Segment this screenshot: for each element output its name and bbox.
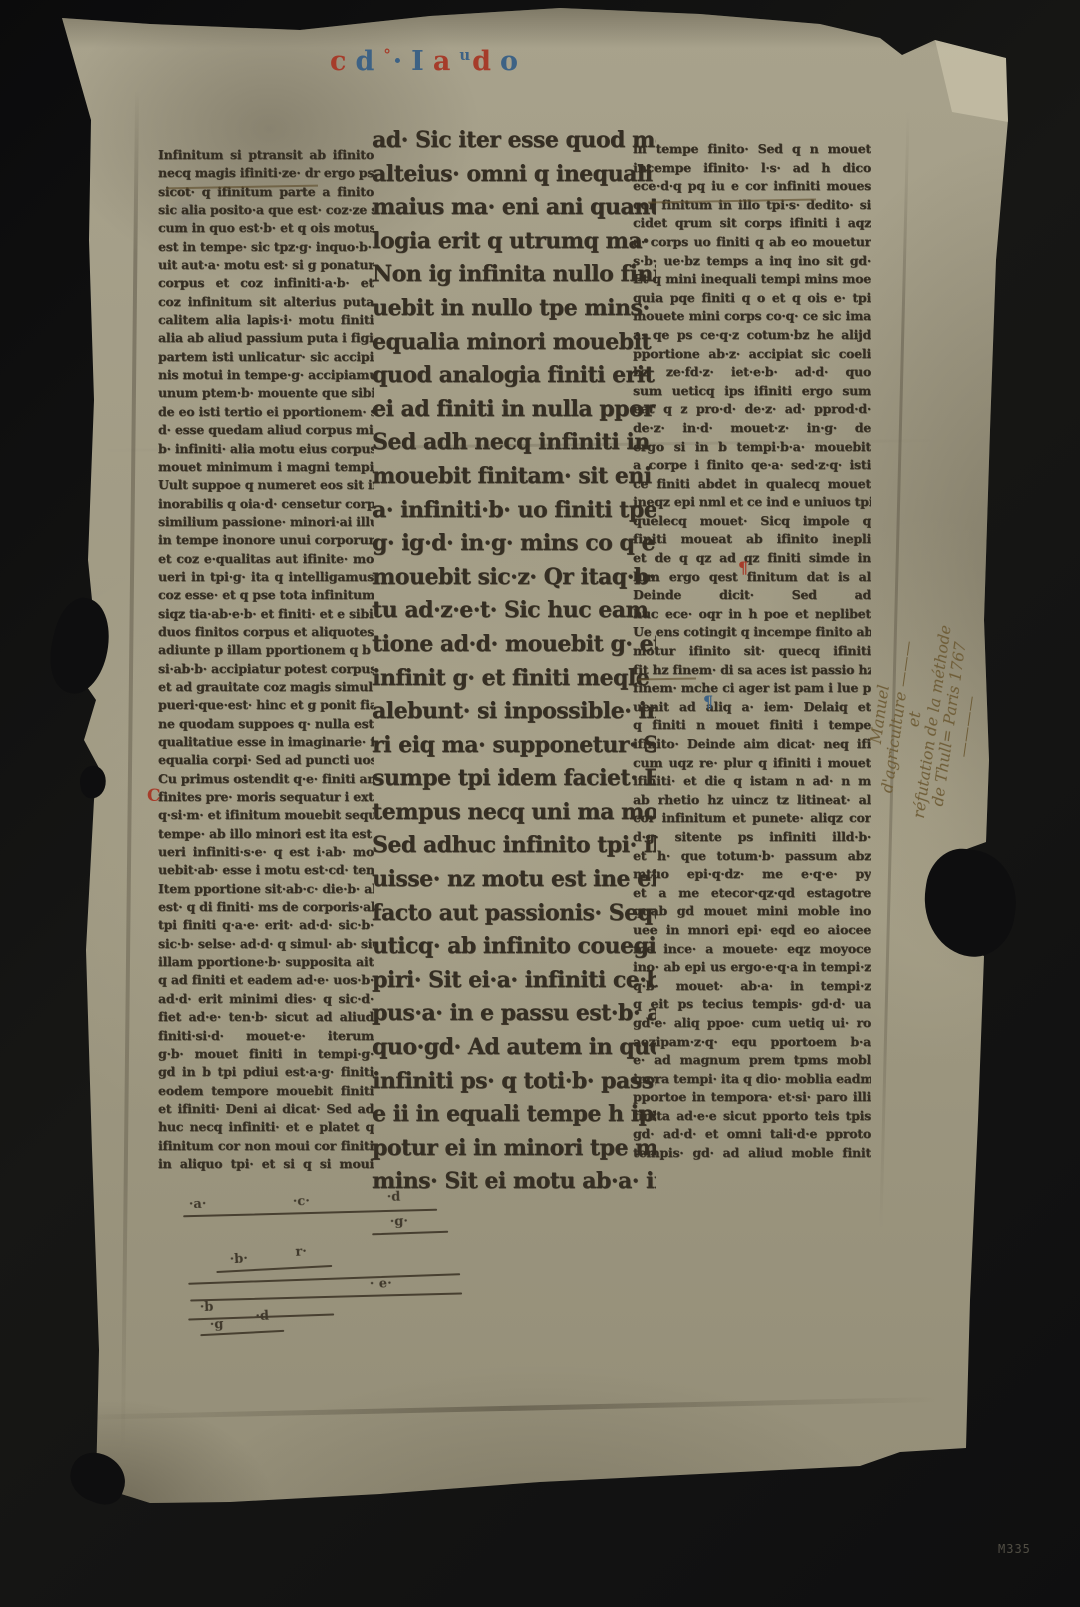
text-line: ad·d· erit minimi dies· q sic·d· — [158, 990, 374, 1008]
text-line: gd·e· aliq ppoe· cum uetiq ui· ro — [633, 1014, 871, 1033]
text-line: ad· Sic iter esse quod meiu tempe — [372, 124, 656, 158]
text-line: uisse· nz motu est ine ei in nuba — [372, 863, 656, 897]
text-line: g· ig·d· in·g· mins co q est·b· — [372, 527, 656, 561]
heading-letter: u — [459, 46, 472, 64]
text-line: sic alia posito·a que est· coz·ze si — [158, 201, 374, 219]
text-line: maius ma· eni ani quante ana — [372, 191, 656, 225]
text-line: ce finiti abdet in qualecq mouet — [633, 475, 871, 494]
text-line: alteius· omni q inequali minus — [372, 158, 656, 192]
text-line: cidet qrum sit corps ifiniti i aqz — [633, 214, 871, 233]
text-line: necq magis ifiniti·ze· dr ergo ps — [158, 164, 374, 182]
text-line: infiniti ps· q toti·b· passum — [372, 1065, 656, 1099]
text-line: gd· ad·d· et omni tali·d·e pproto — [633, 1125, 871, 1144]
text-line: ueri infiniti·s·e· q est i·ab· mo — [158, 843, 374, 861]
diagram-letter-label: ·d — [255, 1309, 269, 1325]
text-line: ei ad finiti in nulla pportione est — [372, 393, 656, 427]
text-line: ifinitum cor non moui cor finiti — [158, 1137, 374, 1155]
text-line: de·z· in·d· mouet·z· in·g· de — [633, 419, 871, 438]
diagram-letter-label: r· — [295, 1244, 307, 1260]
text-line: finem· mche ci ager ist pam i lue p — [633, 679, 871, 698]
text-line: nis motui in tempe·g· accipiamus — [158, 366, 374, 384]
text-line: facto aut passionis· Sequle — [372, 897, 656, 931]
text-line: cor finitum in illo tpi·s· dedito· si — [633, 196, 871, 215]
text-line: ueri in tpi·g· ita q intelligamus — [158, 568, 374, 586]
text-line: pportione ab·z· accipiat sic coeli — [633, 345, 871, 364]
text-line: et coz e·qualitas aut ifinite· mo — [158, 550, 374, 568]
text-line: a· infiniti·b· uo finiti tpe i q — [372, 494, 656, 528]
text-line: ri eiq ma· supponetur· Si sep — [372, 729, 656, 763]
text-line: eat q z pro·d· de·z· ad· pprod·d· — [633, 400, 871, 419]
text-line: inorabilis q oia·d· censetur corporis — [158, 495, 374, 513]
text-line: sum ueticq ips ifiniti ergo sum — [633, 382, 871, 401]
text-line: Non ig infinita nullo finito mo — [372, 258, 656, 292]
text-line: q eit ps tecius tempis· gd·d· ua — [633, 995, 871, 1014]
text-line: est in tempe· sic tpz·g· inquo·b· mo — [158, 238, 374, 256]
text-line: Uult suppoe q numeret eos sit in — [158, 476, 374, 494]
text-line: tempus necq uni ma mouet — [372, 796, 656, 830]
diagram-line: ·g· — [372, 1217, 449, 1238]
text-line: Ue ens cotingit q incempe finito ab — [633, 623, 871, 642]
diagram-letter-label: ·b — [200, 1300, 214, 1315]
text-line: eodem tempore mouebit finiti — [158, 1082, 374, 1100]
text-line: finiti moueat ab ifinito inepli — [633, 530, 871, 549]
text-line: e· ad magnum prem tpms mobl — [633, 1051, 871, 1070]
french-margin-note: Manueld'agriculture ———etréfutation de l… — [854, 585, 994, 855]
text-line: g·b· mouet finiti in tempi·g· — [158, 1045, 374, 1063]
text-line: fiet ad·e· ten·b· sicut ad aliud — [158, 1008, 374, 1026]
text-line: a· qe ps ce·q·z cotum·bz he alijd — [633, 326, 871, 345]
text-line: uticq· ab infinito couegit mch — [372, 930, 656, 964]
text-line: de eo isti tertio ei pportionem· si — [158, 403, 374, 421]
text-line: tpi finiti q·a·e· erit· ad·d· sic·b· — [158, 916, 374, 934]
text-line: mouete mini corps co·q· ce sic ima — [633, 307, 871, 326]
diagram-line: ·g·d — [200, 1316, 285, 1338]
diagram-rule — [372, 1231, 448, 1236]
text-line: coz esse· et q pse tota infinitum·e·a — [158, 586, 374, 604]
text-line: q ad finiti et eadem ad·e· uos·b· — [158, 971, 374, 989]
text-line: similium passione· minori·ai illud i ea — [158, 513, 374, 531]
text-line: siqz tia·ab·e·b· et finiti· et e sibile — [158, 605, 374, 623]
text-line: tu ad·z·e·t· Sic huc eam dppe — [372, 594, 656, 628]
text-line: et ad grauitate coz magis simul in — [158, 678, 374, 696]
shelfmark-label: M335 — [998, 1542, 1031, 1556]
text-line: gd in b tpi pdiui est·a·g· finiti — [158, 1063, 374, 1081]
text-line: et a me etecor·qz·qd estagotre — [633, 884, 871, 903]
text-line: cum in quo est·b· et q ois motus — [158, 219, 374, 237]
vertical-crease — [121, 90, 139, 1450]
text-line: in tempe finito· Sed q n mouet — [633, 140, 871, 159]
text-line: Sed adh necq infiniti in nllo tepe — [372, 426, 656, 460]
text-line: huc ece· oqr in h poe et neplibet — [633, 605, 871, 624]
text-line: alia ab aliud passium puta i figit — [158, 329, 374, 347]
text-line: q·b· mouet· ab·a· in tempi·z — [633, 977, 871, 996]
text-line: si·ab·b· accipiatur potest corpus — [158, 660, 374, 678]
text-line: uee in mnori epi· eqd eo aiocee — [633, 921, 871, 940]
diagram-letter-label: ·g — [209, 1317, 223, 1333]
heading-letter: I — [411, 46, 433, 77]
heading-letter: d — [355, 46, 383, 77]
photo-stage: cd°·Iaudo Infinitum si ptransit ab ifini… — [0, 0, 1080, 1607]
text-column-right: in tempe finito· Sed q n mouetincempe if… — [633, 140, 871, 1163]
text-line: d·g· sitente ps infiniti illd·b· — [633, 828, 871, 847]
text-line: quod analogia finiti erit· infinit — [372, 359, 656, 393]
text-line: fit hz finem· di sa aces ist passio hz — [633, 661, 871, 680]
text-line: cum uqz re· plur q ifiniti i mouet — [633, 754, 871, 773]
heading-letter: c — [330, 46, 355, 77]
text-line: potur ei in minori tpe mouen — [372, 1132, 656, 1166]
text-line: tione ad·d· mouebit g· et bz· ig — [372, 628, 656, 662]
text-line: s·b· ue·bz temps a inq ino sit gd· — [633, 252, 871, 271]
text-line: ne quodam suppoes q· nulla est — [158, 715, 374, 733]
text-line: mins· Sit ei motu ab·a· in·d· — [372, 1165, 656, 1199]
text-line: in aliquo tpi· et si q si moui — [158, 1155, 374, 1173]
text-line: sic·b· selse· ad·d· q simul· ab· sic — [158, 935, 374, 953]
diagram-letter-label: ·c· — [293, 1194, 310, 1209]
text-line: q·si·m· et ifinitum mouebit sequi — [158, 806, 374, 824]
text-line: finites pre· moris sequatur i extpi — [158, 788, 374, 806]
text-line: a corpe i finito qe·a· sed·z·q· isti — [633, 456, 871, 475]
text-line: adiunte p illam pportionem q b tu — [158, 641, 374, 659]
text-line: equalia minori mouebit ad quod — [372, 326, 656, 360]
paraph-mark: ¶ — [703, 692, 713, 711]
text-line: in tempe inonore unui corporum sit — [158, 531, 374, 549]
text-line: motur ifinito sit· quecq ifiniti — [633, 642, 871, 661]
diagram-letter-label: ·a· — [189, 1197, 207, 1212]
text-line: lum ergo qest finitum dat is al — [633, 568, 871, 587]
diagram-letter-label: ·g· — [390, 1214, 409, 1230]
text-line: quab gd mouet mini moble ino — [633, 902, 871, 921]
text-line: calitem alia lapis·i· motu finiti — [158, 311, 374, 329]
text-line: qualitatiue esse in imaginarie· finite — [158, 733, 374, 751]
text-column-left: Infinitum si ptransit ab ifinitonecq mag… — [158, 146, 374, 1173]
paraph-mark: C — [147, 786, 161, 806]
text-line: est· q di finiti· ms de corporis·ab — [158, 898, 374, 916]
text-line: partem isti unlicatur· sic accipi — [158, 348, 374, 366]
text-line: ab rhetio hz uincz tz litineat· al — [633, 791, 871, 810]
text-line: alebunt· si inpossible· in mino — [372, 695, 656, 729]
text-line: ece·d·q pq iu e cor infiniti moues — [633, 177, 871, 196]
text-line: aezipam·z·q· equ pportoem b·a — [633, 1033, 871, 1052]
text-line: huc necq infiniti· et e platet q — [158, 1118, 374, 1136]
text-line: uebit in nullo tpe mins· et aliud in — [372, 292, 656, 326]
text-line: quo·gd· Ad autem in quo e — [372, 1031, 656, 1065]
diagram-letter-label: · e· — [370, 1276, 392, 1292]
text-line: q finiti n mouet finiti i tempe — [633, 716, 871, 735]
text-line: illam pportione·b· supposita ait — [158, 953, 374, 971]
text-line: sumpe tpi idem faciet· Erit nec — [372, 762, 656, 796]
paraph-mark: ¶ — [738, 558, 748, 577]
text-line: tempe· ab illo minori est ita est i mo — [158, 825, 374, 843]
text-line: pportoe in tempora· et·si· paro illi — [633, 1088, 871, 1107]
text-line: pueri·que·est· hinc et g ponit fiat mo — [158, 696, 374, 714]
heading-letter: o — [500, 46, 527, 77]
text-line: Cu primus ostendit q·e· finiti ant le — [158, 770, 374, 788]
text-line: quia pqe finiti q o et q ois e· tpi — [633, 289, 871, 308]
heading-letter: a — [433, 46, 460, 77]
text-line: coz infinitum sit alterius puta — [158, 293, 374, 311]
heading-letter: d — [472, 46, 500, 77]
diagram-letter-label: ·b· — [229, 1251, 248, 1267]
text-line: ino· ab epi us ergo·e·q·a in tempi·z — [633, 958, 871, 977]
text-line: uebit·ab· esse i motu est·cd· tempi — [158, 861, 374, 879]
text-line: Sed adhuc infinito tpi· ile mo — [372, 829, 656, 863]
text-line: logia erit q utrumq ma· ad mins — [372, 225, 656, 259]
text-line: equalia corpi· Sed ad puncti uos alias — [158, 751, 374, 769]
text-line: mtuo epi·q·dz· me e·q·e· py — [633, 865, 871, 884]
text-line: inora tempi· ita q dio· moblia eadm — [633, 1070, 871, 1089]
text-line: cor infinitum et punete· aliqz cor — [633, 809, 871, 828]
text-line: mouebit sic·z· Qr itaq·b·a·z· to — [372, 561, 656, 595]
text-line: Infinitum si ptransit ab ifinito — [158, 146, 374, 164]
text-line: a· corps uo finiti q ab eo mouetur — [633, 233, 871, 252]
text-line: mouet minimum i magni tempi — [158, 458, 374, 476]
text-line: uenit ad aliq a· iem· Delaiq et — [633, 698, 871, 717]
text-line: ifinito· Deinde aim dicat· neq ifi — [633, 735, 871, 754]
text-line: incempe ifinito· l·s· ad h dico — [633, 159, 871, 178]
text-line: et de q qz ad qz finiti simde in — [633, 549, 871, 568]
horizontal-crease — [70, 1397, 940, 1420]
text-line: ergo si in b tempi·b·a· mouebit — [633, 438, 871, 457]
text-line: piri· Sit ei·a· infiniti ce·b· cor — [372, 964, 656, 998]
text-line: e ii in equali tempe h ipsm· Su — [372, 1098, 656, 1132]
text-line: et ifiniti· Deni ai dicat· Sed ad — [158, 1100, 374, 1118]
heading-letter: · — [393, 46, 411, 77]
manuscript-leaf: cd°·Iaudo Infinitum si ptransit ab ifini… — [0, 0, 1080, 1607]
text-line: d· esse quedam aliud corpus mins e — [158, 421, 374, 439]
text-line: quelecq mouet· Sicq impole q — [633, 512, 871, 531]
text-line: bz ze·fd·z· iet·e·b· ad·d· quo — [633, 363, 871, 382]
text-line: corpus et coz infiniti·a·b· et — [158, 274, 374, 292]
text-line: me ince· a mouete· eqz moyoce — [633, 940, 871, 959]
text-line: Et q mini inequali tempi mins moe — [633, 270, 871, 289]
running-title: cd°·Iaudo — [330, 46, 527, 77]
text-line: finita ad·e·e sicut pporto teis tpis — [633, 1107, 871, 1126]
text-line: uit aut·a· motu est· si g ponatur — [158, 256, 374, 274]
text-line: duos finitos corpus et aliquotes — [158, 623, 374, 641]
text-line: ineqz epi nml et ce ind e uniuos tpi — [633, 493, 871, 512]
diagram-letter-label: ·d — [387, 1190, 401, 1205]
text-line: finiti·si·d· mouet·e· iterum — [158, 1027, 374, 1045]
text-line: infinit g· et finiti meqle tempi — [372, 662, 656, 696]
heading-letter: ° — [383, 46, 392, 64]
text-line: ifiniti· et die q istam n ad· n m — [633, 772, 871, 791]
text-line: unum ptem·b· mouente que sibi — [158, 384, 374, 402]
text-line: Deinde dicit· Sed ad — [633, 586, 871, 605]
text-line: tempis· gd· ad aliud moble finit — [633, 1144, 871, 1163]
text-line: b· infiniti· alia motu eius corpus — [158, 440, 374, 458]
text-line: pus·a· in e passu est·b· ab·a· in — [372, 997, 656, 1031]
text-column-center: ad· Sic iter esse quod meiu tempealteius… — [372, 124, 656, 1199]
text-line: mouebit finitam· sit eni squo — [372, 460, 656, 494]
text-line: et h· que totum·b· passum abz — [633, 847, 871, 866]
text-line: Item pportione sit·ab·c· die·b· ab·d· — [158, 880, 374, 898]
